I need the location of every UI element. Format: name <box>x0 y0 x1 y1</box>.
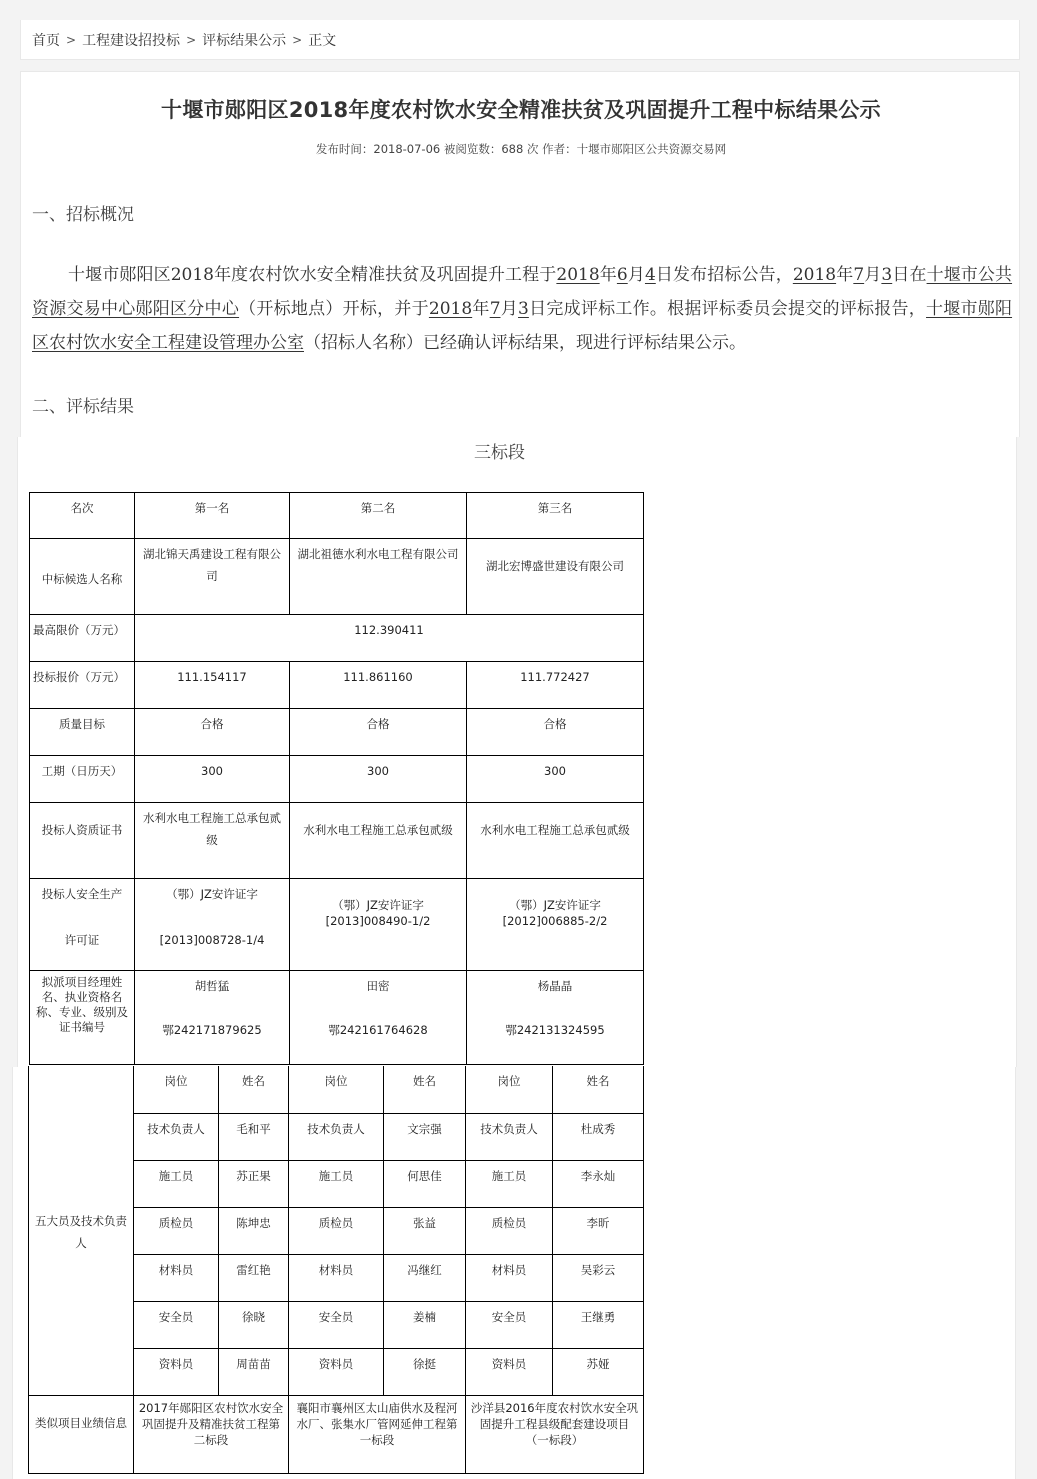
qualification-first: 水利水电工程施工总承包贰级 <box>135 803 290 879</box>
quality-second: 合格 <box>290 709 467 756</box>
staff-role: 施工员 <box>289 1160 384 1207</box>
table-header-row: 名次 第一名 第二名 第三名 <box>30 493 644 539</box>
results-table: 名次 第一名 第二名 第三名 中标候选人名称 湖北锦天禹建设工程有限公司 湖北祖… <box>29 492 644 1065</box>
staff-role: 材料员 <box>134 1254 219 1301</box>
staff-name: 何思佳 <box>384 1160 466 1207</box>
staff-name: 苏娅 <box>553 1348 644 1395</box>
staff-role: 安全员 <box>289 1301 384 1348</box>
breadcrumb-home[interactable]: 首页 <box>32 30 60 50</box>
staff-role: 技术负责人 <box>134 1113 219 1160</box>
table-row-safety-license: 投标人安全生产许可证 （鄂）JZ安许证字[2013]008728-1/4 （鄂）… <box>30 879 644 971</box>
header-second: 第二名 <box>290 493 467 539</box>
breadcrumb-evaluation-results[interactable]: 评标结果公示 <box>202 30 286 50</box>
row-label: 中标候选人名称 <box>30 539 135 615</box>
header-role: 岗位 <box>134 1066 219 1113</box>
header-name: 姓名 <box>553 1066 644 1113</box>
duration-second: 300 <box>290 756 467 803</box>
bid-price-first: 111.154117 <box>135 662 290 709</box>
row-label: 拟派项目经理姓名、执业资格名称、专业、级别及证书编号 <box>30 971 135 1065</box>
staff-name: 冯继红 <box>384 1254 466 1301</box>
manager-second: 田密鄂242161764628 <box>290 971 467 1065</box>
staff-name: 徐晓 <box>219 1301 289 1348</box>
table-row-similar-projects: 类似项目业绩信息 2017年郧阳区农村饮水安全巩固提升及精准扶贫工程第二标段 襄… <box>29 1395 644 1473</box>
row-label: 工期（日历天） <box>30 756 135 803</box>
breadcrumb: 首页 > 工程建设招投标 > 评标结果公示 > 正文 <box>32 30 336 50</box>
staff-name: 李昕 <box>553 1207 644 1254</box>
article-meta: 发布时间：2018-07-06 被阅览数：688 次 作者：十堰市郧阳区公共资源… <box>21 141 1021 157</box>
table-row-duration: 工期（日历天） 300 300 300 <box>30 756 644 803</box>
staff-role: 安全员 <box>134 1301 219 1348</box>
table-row-candidate: 中标候选人名称 湖北锦天禹建设工程有限公司 湖北祖德水利水电工程有限公司 湖北宏… <box>30 539 644 615</box>
page-title: 十堰市郧阳区2018年度农村饮水安全精准扶贫及巩固提升工程中标结果公示 <box>21 94 1021 124</box>
table-row-max-price: 最高限价（万元） 112.390411 <box>30 615 644 662</box>
row-label: 最高限价（万元） <box>30 615 135 662</box>
staff-name: 姜楠 <box>384 1301 466 1348</box>
staff-name: 陈坤忠 <box>219 1207 289 1254</box>
staff-table: 五大员及技术负责人 岗位 姓名 岗位 姓名 岗位 姓名 技术负责人毛和平 技术负… <box>28 1066 644 1474</box>
header-rank: 名次 <box>30 493 135 539</box>
manager-third: 杨晶晶鄂242131324595 <box>467 971 644 1065</box>
breadcrumb-current: 正文 <box>308 30 336 50</box>
row-label: 投标人资质证书 <box>30 803 135 879</box>
bid-price-second: 111.861160 <box>290 662 467 709</box>
safety-license-second: （鄂）JZ安许证字[2013]008490-1/2 <box>290 879 467 971</box>
max-price-value: 112.390411 <box>135 615 644 662</box>
staff-role: 技术负责人 <box>289 1113 384 1160</box>
quality-third: 合格 <box>467 709 644 756</box>
staff-role: 质检员 <box>466 1207 553 1254</box>
row-label: 投标报价（万元） <box>30 662 135 709</box>
staff-role: 资料员 <box>289 1348 384 1395</box>
similar-project-first: 2017年郧阳区农村饮水安全巩固提升及精准扶贫工程第二标段 <box>134 1395 289 1473</box>
header-first: 第一名 <box>135 493 290 539</box>
staff-name: 杜成秀 <box>553 1113 644 1160</box>
staff-role: 质检员 <box>289 1207 384 1254</box>
chevron-right-icon: > <box>292 33 302 47</box>
staff-name: 徐挺 <box>384 1348 466 1395</box>
candidate-second: 湖北祖德水利水电工程有限公司 <box>290 539 467 615</box>
staff-role: 材料员 <box>466 1254 553 1301</box>
section-heading-overview: 一、招标概况 <box>32 200 134 225</box>
staff-role: 资料员 <box>466 1348 553 1395</box>
staff-role: 材料员 <box>289 1254 384 1301</box>
article-panel: 十堰市郧阳区2018年度农村饮水安全精准扶贫及巩固提升工程中标结果公示 发布时间… <box>20 71 1020 437</box>
row-label: 质量目标 <box>30 709 135 756</box>
header-role: 岗位 <box>289 1066 384 1113</box>
overview-paragraph: 十堰市郧阳区2018年度农村饮水安全精准扶贫及巩固提升工程于2018年6月4日发… <box>32 258 1012 360</box>
staff-name: 毛和平 <box>219 1113 289 1160</box>
row-label: 类似项目业绩信息 <box>29 1395 134 1473</box>
qualification-third: 水利水电工程施工总承包贰级 <box>467 803 644 879</box>
table-row-bid-price: 投标报价（万元） 111.154117 111.861160 111.77242… <box>30 662 644 709</box>
duration-third: 300 <box>467 756 644 803</box>
chevron-right-icon: > <box>66 33 76 47</box>
staff-label: 五大员及技术负责人 <box>29 1066 134 1395</box>
staff-name: 吴彩云 <box>553 1254 644 1301</box>
table-row-qualification: 投标人资质证书 水利水电工程施工总承包贰级 水利水电工程施工总承包贰级 水利水电… <box>30 803 644 879</box>
bid-price-third: 111.772427 <box>467 662 644 709</box>
staff-role: 施工员 <box>134 1160 219 1207</box>
lot-title: 三标段 <box>474 438 525 463</box>
chevron-right-icon: > <box>186 33 196 47</box>
staff-role: 资料员 <box>134 1348 219 1395</box>
staff-role: 质检员 <box>134 1207 219 1254</box>
safety-license-third: （鄂）JZ安许证字[2012]006885-2/2 <box>467 879 644 971</box>
breadcrumb-engineering-bidding[interactable]: 工程建设招投标 <box>82 30 180 50</box>
candidate-first: 湖北锦天禹建设工程有限公司 <box>135 539 290 615</box>
staff-name: 张益 <box>384 1207 466 1254</box>
staff-role: 施工员 <box>466 1160 553 1207</box>
staff-name: 李永灿 <box>553 1160 644 1207</box>
safety-license-first: （鄂）JZ安许证字[2013]008728-1/4 <box>135 879 290 971</box>
header-role: 岗位 <box>466 1066 553 1113</box>
similar-project-second: 襄阳市襄州区太山庙供水及程河水厂、张集水厂管网延伸工程第一标段 <box>289 1395 466 1473</box>
table-row-manager: 拟派项目经理姓名、执业资格名称、专业、级别及证书编号 胡哲猛鄂242171879… <box>30 971 644 1065</box>
breadcrumb-panel: 首页 > 工程建设招投标 > 评标结果公示 > 正文 <box>20 20 1020 60</box>
staff-name: 雷红艳 <box>219 1254 289 1301</box>
header-name: 姓名 <box>219 1066 289 1113</box>
staff-role: 技术负责人 <box>466 1113 553 1160</box>
candidate-third: 湖北宏博盛世建设有限公司 <box>467 539 644 615</box>
duration-first: 300 <box>135 756 290 803</box>
similar-project-third: 沙洋县2016年度农村饮水安全巩固提升工程县级配套建设项目（一标段） <box>466 1395 644 1473</box>
header-name: 姓名 <box>384 1066 466 1113</box>
staff-name: 文宗强 <box>384 1113 466 1160</box>
staff-header-row: 五大员及技术负责人 岗位 姓名 岗位 姓名 岗位 姓名 <box>29 1066 644 1113</box>
staff-role: 安全员 <box>466 1301 553 1348</box>
staff-name: 苏正果 <box>219 1160 289 1207</box>
qualification-second: 水利水电工程施工总承包贰级 <box>290 803 467 879</box>
manager-first: 胡哲猛鄂242171879625 <box>135 971 290 1065</box>
section-heading-results: 二、评标结果 <box>32 392 134 417</box>
row-label: 投标人安全生产许可证 <box>30 879 135 971</box>
staff-name: 周苗苗 <box>219 1348 289 1395</box>
table-row-quality: 质量目标 合格 合格 合格 <box>30 709 644 756</box>
staff-name: 王继勇 <box>553 1301 644 1348</box>
quality-first: 合格 <box>135 709 290 756</box>
header-third: 第三名 <box>467 493 644 539</box>
